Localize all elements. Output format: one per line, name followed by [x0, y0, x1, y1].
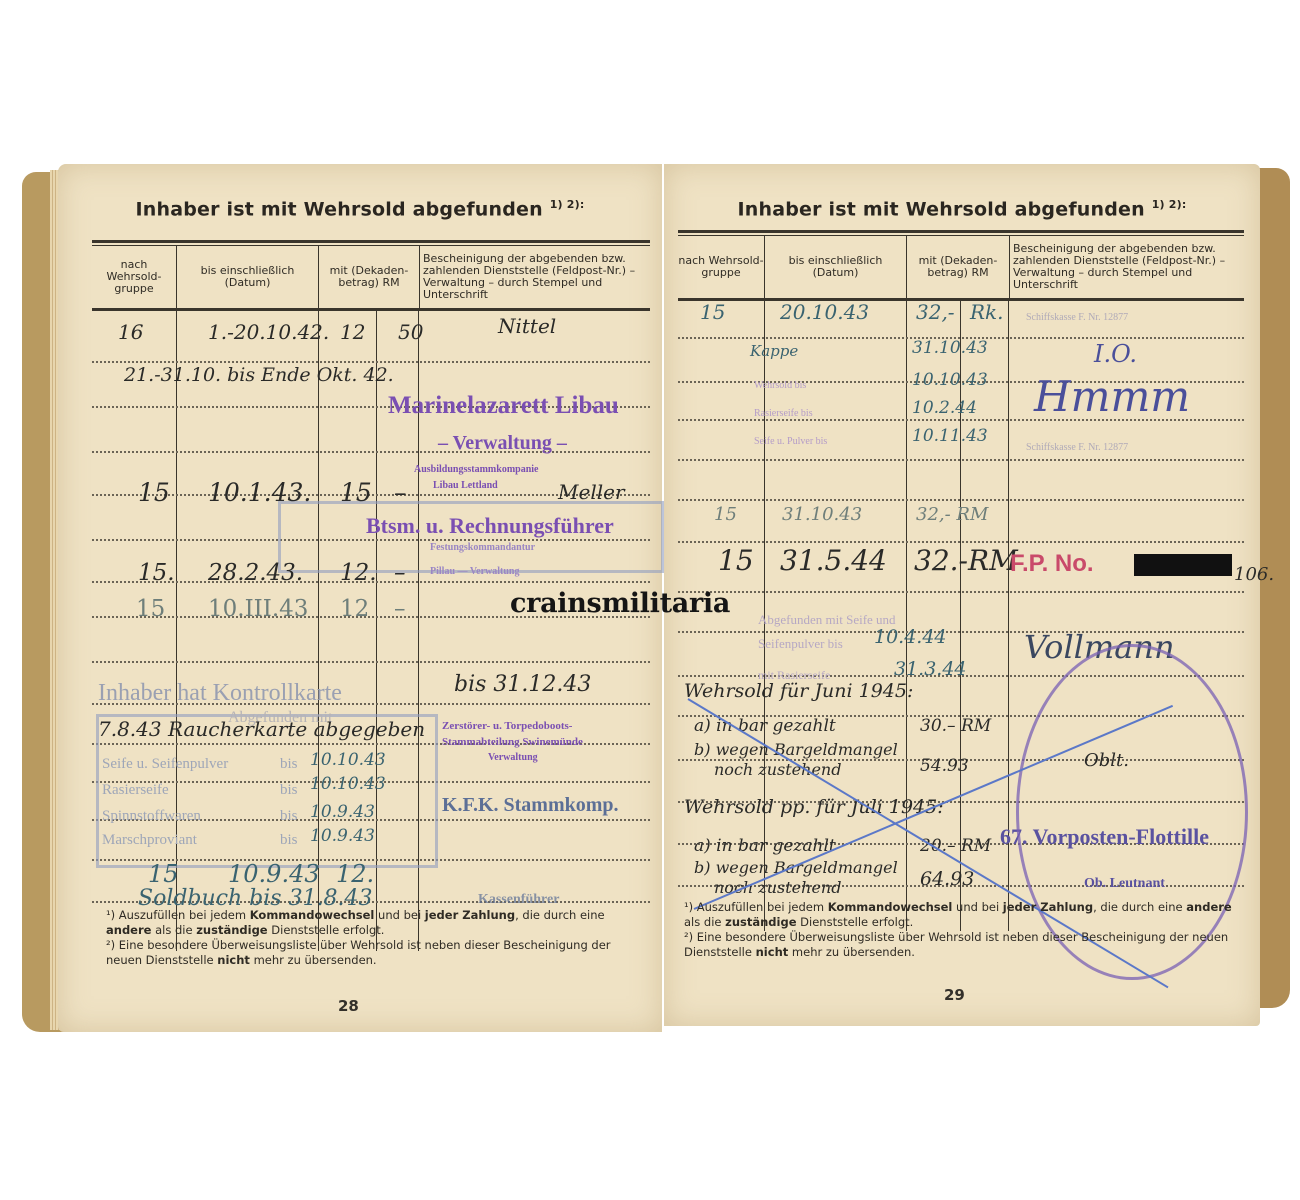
footnote-bold: andere: [106, 923, 151, 937]
footnote-bold: zuständige: [196, 923, 267, 937]
note-juli-b: b) wegen Bargeldmangel: [694, 858, 898, 877]
footnote-text: Dienststelle erfolgt.: [797, 915, 914, 929]
footnote-bold: nicht: [756, 945, 789, 959]
note-wehrsold-juli: Wehrsold pp. für Juli 1945:: [684, 796, 944, 818]
note-juli-b-amount: 64.93: [920, 868, 974, 890]
note-juni-a: a) in bar gezahlt: [694, 716, 836, 736]
r-row1-amount: 32,-: [916, 300, 955, 324]
table-header: nach Wehrsold-gruppe bis einschließlich …: [92, 246, 650, 311]
title-text: Inhaber ist mit Wehrsold abgefunden: [136, 198, 543, 220]
item-marschproviant-bis: bis: [280, 832, 298, 849]
row4-amount: 12.: [340, 560, 377, 586]
row6-until: 10.9.43: [228, 860, 320, 888]
r-row2-until: 31.10.43: [912, 338, 988, 358]
footnote-text: ¹) Auszufüllen bei jedem: [106, 908, 250, 922]
row3-amount: 15: [340, 478, 372, 507]
dotted-line: [678, 499, 1244, 501]
r-row3-label: Wehrsold bis: [754, 380, 806, 391]
item-spinnstoff-label: Spinnstoffwaren: [102, 808, 201, 825]
note-juni-b: b) wegen Bargeldmangel: [694, 740, 898, 759]
footnote-2: ²) Eine besondere Überweisungsliste über…: [684, 930, 1242, 960]
stamp-kontrollkarte: Inhaber hat Kontrollkarte: [98, 680, 342, 707]
col-divider: [906, 301, 907, 931]
note-juli-b2: noch zustehend: [714, 878, 841, 897]
item-marschproviant-until: 10.9.43: [310, 826, 375, 846]
col-header-amount: mit (Dekaden-betrag) RM: [319, 246, 420, 308]
col-header-cert: Bescheinigung der abgebenden bzw. zahlen…: [1010, 236, 1244, 298]
row1-until: 1.-20.10.42.: [208, 320, 329, 344]
r-row7-amount: 32.-: [914, 544, 968, 577]
footnote-text: und bei: [374, 908, 424, 922]
item-seife-bis: bis: [280, 756, 298, 773]
stamp-pillau: Pillau — Verwaltung: [430, 566, 519, 577]
stamp-schiffskasse-1: Schiffskasse F. Nr. 12877: [1026, 312, 1128, 323]
footnote-1: ¹) Auszufüllen bei jedem Kommandowechsel…: [106, 908, 646, 938]
r-row2-label: Kappe: [750, 342, 798, 360]
title-text: Inhaber ist mit Wehrsold abgefunden: [738, 198, 1145, 220]
dotted-line: [678, 591, 1244, 593]
stamp-zerstoerer: Zerstörer- u. Torpedoboots-: [442, 720, 572, 732]
page-title: Inhaber ist mit Wehrsold abgefunden 1) 2…: [664, 198, 1260, 220]
row4-pf: –: [394, 560, 406, 586]
footnote-text: und bei: [952, 900, 1002, 914]
col-header-group: nach Wehrsold-gruppe: [678, 236, 765, 298]
footnote-2: ²) Eine besondere Überweisungsliste über…: [106, 938, 646, 968]
footnotes: ¹) Auszufüllen bei jedem Kommandowechsel…: [684, 900, 1242, 960]
title-footnote-ref: 1) 2):: [1152, 198, 1187, 211]
row6-amount: 12.: [336, 860, 374, 888]
r-row1-pf: Rk.: [970, 300, 1004, 324]
footnote-text: mehr zu übersenden.: [250, 953, 377, 967]
r-row1-until: 20.10.43: [780, 300, 869, 324]
row5-pf: –: [394, 596, 406, 622]
note-juni-b-amount: 54.93: [920, 756, 969, 776]
table-header: nach Wehrsold-gruppe bis einschließlich …: [678, 236, 1244, 301]
row3-until: 10.1.43.: [208, 478, 311, 507]
page-29: Inhaber ist mit Wehrsold abgefunden 1) 2…: [664, 164, 1260, 1026]
r-row7-group: 15: [718, 544, 754, 577]
item-rasierseife-label: Rasierseife: [102, 782, 169, 799]
page-number: 28: [338, 997, 359, 1015]
note-juni-a-amount: 30.– RM: [920, 716, 991, 736]
footnote-bold: jeder Zahlung: [1003, 900, 1093, 914]
r-row5-label: Seife u. Pulver bis: [754, 436, 827, 447]
r-row6-until: 31.10.43: [782, 504, 862, 525]
stamp-verwaltung-2: Verwaltung: [488, 752, 538, 763]
stamp-seifenpulver: Seifenpulver bis: [758, 636, 843, 652]
note-juni-b2: noch zustehend: [714, 760, 841, 779]
r-row5-until: 10.11.43: [912, 426, 988, 446]
footnote-text: Dienststelle erfolgt.: [268, 923, 385, 937]
stamp-stammabteilung: Stammabteilung Swinemünde: [442, 736, 583, 748]
dotted-line: [92, 661, 650, 663]
redaction-bar: [1134, 554, 1232, 576]
footnote-bold: nicht: [217, 953, 250, 967]
row3-pf: –: [394, 478, 407, 507]
footnote-bold: Kommandowechsel: [250, 908, 375, 922]
footnote-bold: jeder Zahlung: [425, 908, 515, 922]
stamp-btsm-rechnungsfuehrer: Btsm. u. Rechnungsführer: [366, 513, 614, 539]
col-header-amount: mit (Dekaden-betrag) RM: [907, 236, 1010, 298]
table-top-rule: [678, 230, 1244, 233]
row1-amount: 12: [340, 320, 365, 344]
footnote-bold: zuständige: [725, 915, 796, 929]
row5-amount: 12: [340, 596, 369, 622]
col-header-until: bis einschließlich (Datum): [765, 236, 907, 298]
item-rasierseife-bis: bis: [280, 782, 298, 799]
row1-pf: 50: [398, 320, 423, 344]
item-spinnstoff-bis: bis: [280, 808, 298, 825]
note-raucherkarte: 7.8.43 Raucherkarte abgegeben: [98, 717, 425, 741]
row3-group: 15: [138, 478, 170, 507]
r-row3-until: 10.10.43: [912, 370, 988, 390]
seifenpulver-until: 10.4.44: [874, 626, 947, 648]
page-number: 29: [944, 986, 965, 1004]
r-row6-amount: 32,- RM: [916, 504, 988, 525]
row5-until: 10.III.43: [208, 596, 308, 622]
signature-io: Hmmm: [1034, 372, 1190, 421]
dotted-line: [678, 459, 1244, 461]
stamp-festungskommandantur: Festungskommandantur: [430, 542, 535, 553]
col-header-cert: Bescheinigung der abgebenden bzw. zahlen…: [420, 246, 650, 308]
row2-note: 21.-31.10. bis Ende Okt. 42.: [124, 364, 394, 386]
footnote-1: ¹) Auszufüllen bei jedem Kommandowechsel…: [684, 900, 1242, 930]
item-seife-label: Seife u. Seifenpulver: [102, 756, 228, 773]
stamp-kfk-stammkomp: K.F.K. Stammkomp.: [442, 794, 619, 817]
stamp-libau: Libau Lettland: [433, 480, 498, 491]
footnote-text: , die durch eine: [515, 908, 605, 922]
col-header-group: nach Wehrsold-gruppe: [92, 246, 177, 308]
footnote-text: ¹) Auszufüllen bei jedem: [684, 900, 828, 914]
r-row4-until: 10.2.44: [912, 398, 977, 418]
footnote-text: , die durch eine: [1093, 900, 1186, 914]
note-juli-a: a) in bar gezahlt: [694, 836, 836, 856]
title-footnote-ref: 1) 2):: [550, 198, 585, 211]
item-rasierseife-until: 10.10.43: [310, 774, 386, 794]
row1-signature: Nittel: [498, 314, 556, 338]
stamp-verwaltung: – Verwaltung –: [438, 432, 567, 455]
row5-group: 15: [136, 596, 165, 622]
row4-group: 15.: [138, 560, 175, 586]
col-header-until: bis einschließlich (Datum): [177, 246, 319, 308]
footnote-text: mehr zu übersenden.: [788, 945, 915, 959]
footnote-bold: Kommandowechsel: [828, 900, 953, 914]
page-title: Inhaber ist mit Wehrsold abgefunden 1) 2…: [58, 198, 662, 220]
stamp-kassenfuehrer: Kassenführer: [478, 892, 559, 908]
stamp-schiffskasse-2: Schiffskasse F. Nr. 12877: [1026, 442, 1128, 453]
table-top-rule: [92, 240, 650, 243]
footnote-text: als die: [684, 915, 725, 929]
row6-group: 15: [148, 860, 179, 888]
r-row4-label: Rasierseife bis: [754, 408, 813, 419]
note-wehrsold-juni: Wehrsold für Juni 1945:: [684, 680, 913, 702]
footnotes: ¹) Auszufüllen bei jedem Kommandowechsel…: [106, 908, 646, 968]
r-row7-until: 31.5.44: [780, 544, 887, 577]
row3-signature: Meller: [558, 480, 625, 504]
stamp-io: I.O.: [1094, 340, 1137, 368]
row4-until: 28.2.43.: [208, 560, 303, 586]
footnote-bold: andere: [1186, 900, 1231, 914]
rasierseife-until: 31.3.44: [894, 658, 967, 680]
r-row1-group: 15: [700, 300, 725, 324]
stamp-fp-no: F.P. No.: [1010, 550, 1094, 578]
row1-group: 16: [118, 320, 143, 344]
stamp-ausbildung: Ausbildungsstammkompanie: [414, 464, 538, 475]
stamp-marinelazarett: Marinelazarett Libau: [388, 392, 619, 420]
r-row6-group: 15: [714, 504, 737, 525]
item-marschproviant-label: Marschproviant: [102, 832, 197, 849]
fp-suffix: 106.: [1234, 564, 1274, 585]
watermark: crainsmilitaria: [510, 588, 730, 619]
kontrollkarte-date: bis 31.12.43: [454, 672, 591, 697]
item-spinnstoff-until: 10.9.43: [310, 802, 375, 822]
footnote-text: als die: [151, 923, 196, 937]
dotted-line: [92, 361, 650, 363]
item-seife-until: 10.10.43: [310, 750, 386, 770]
dotted-line: [678, 541, 1244, 543]
